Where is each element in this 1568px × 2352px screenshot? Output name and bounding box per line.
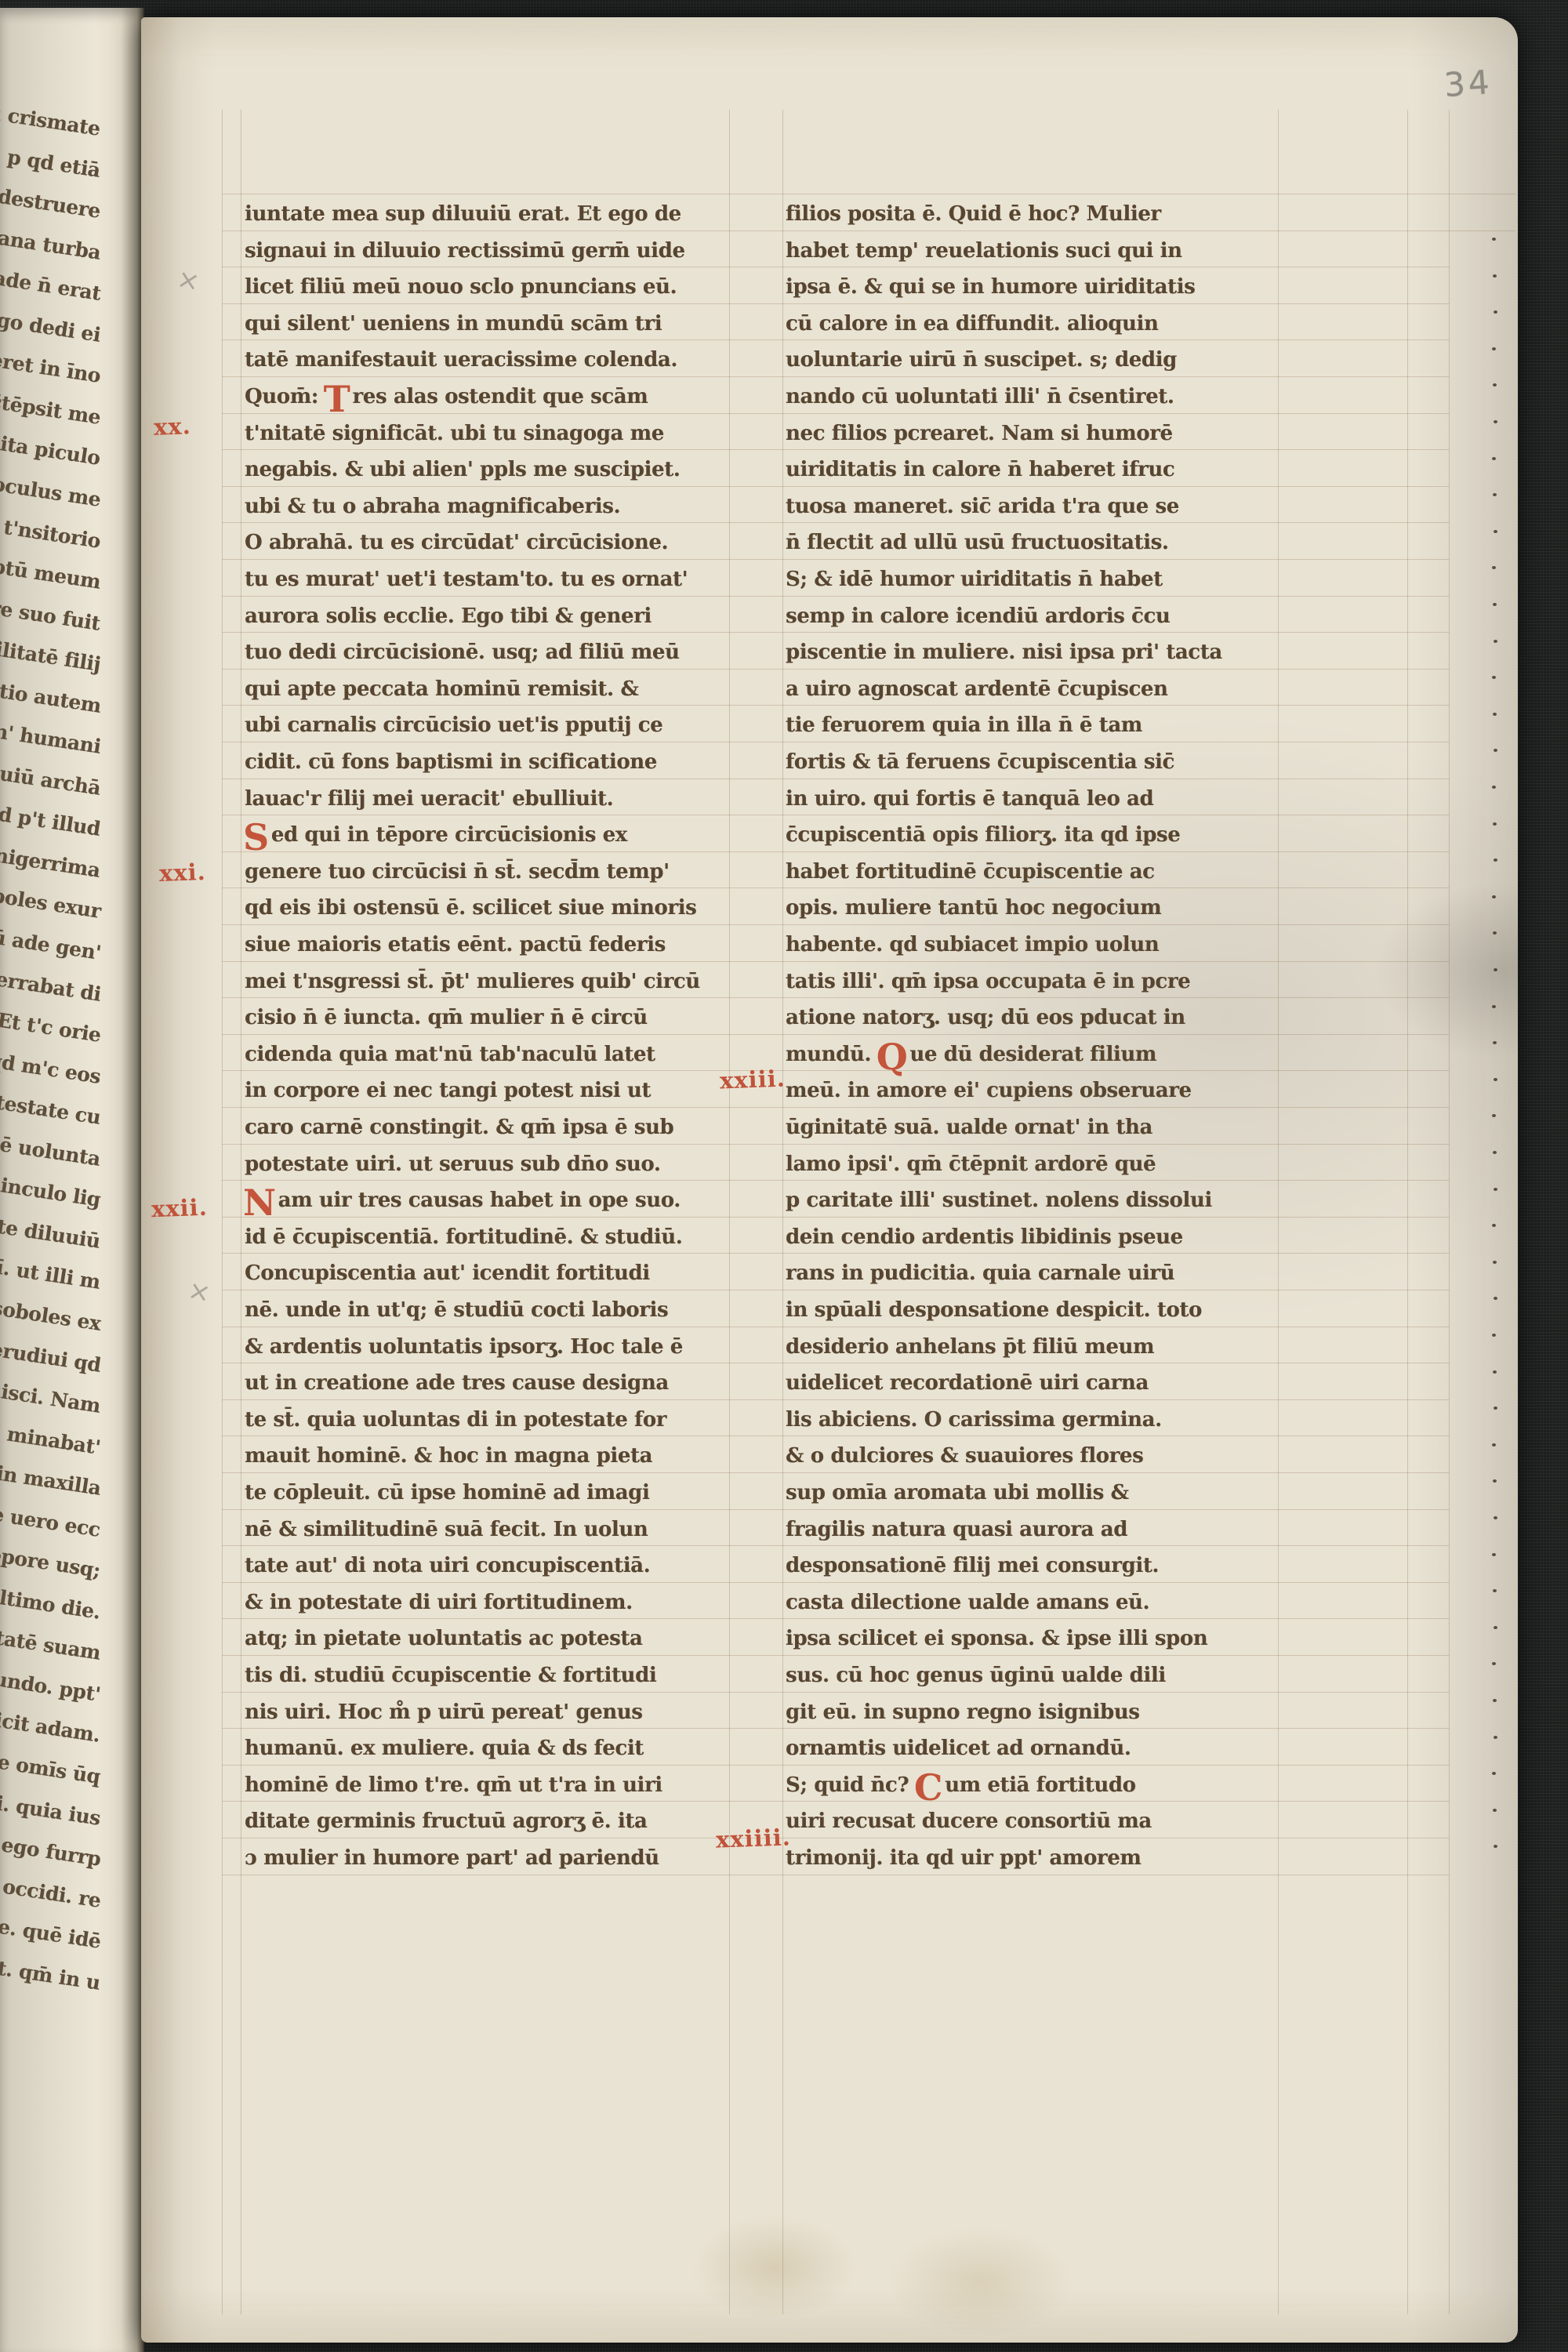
facing-page-text-fragment: up diluuiū archā bbox=[0, 751, 102, 800]
text-line: a uiro agnoscat ardentē c̄cupiscen bbox=[786, 671, 1168, 708]
ruled-line bbox=[222, 194, 1515, 194]
chapter-numeral: xxii. bbox=[151, 1194, 208, 1222]
text-line: tu es murat' uet'i testam'to. tu es orna… bbox=[245, 561, 688, 598]
text-line: mauit hominē. & hoc in magna pieta bbox=[245, 1438, 652, 1475]
text-line: habente. qd subiacet impio uolun bbox=[786, 927, 1159, 964]
text-line: ornamtis uidelicet ad ornandū. bbox=[786, 1730, 1131, 1767]
facing-page-text-fragment: io deuicit adam. bbox=[0, 1699, 102, 1747]
text-line: sup omīa aromata ubi mollis & bbox=[786, 1475, 1129, 1512]
text-line: caro carnē constingit. & qm̄ ipsa ē sub bbox=[245, 1109, 673, 1146]
facing-page-text-fragment: ne uideret in īno bbox=[0, 339, 102, 387]
facing-page-text-fragment: n̄ t'c a uinculo lig bbox=[0, 1161, 102, 1211]
facing-page-text-fragment: lū. ita qd m'c eos bbox=[0, 1038, 102, 1087]
pricking-hole bbox=[1494, 1078, 1497, 1081]
text-line: in corpore ei nec tangi potest nisi ut bbox=[245, 1073, 651, 1109]
ruled-line-vertical bbox=[729, 110, 730, 2314]
facing-page-text-fragment: s in ultimo die. bbox=[0, 1577, 102, 1624]
text-line: tuosa maneret. sic̄ arida t'ra que se bbox=[786, 488, 1179, 525]
text-line: cidenda quia mat'nū tab'naculū latet bbox=[245, 1036, 655, 1073]
pricking-hole bbox=[1493, 713, 1497, 716]
pricking-hole bbox=[1494, 1188, 1497, 1191]
text-line: piscentie in muliere. nisi ipsa pri' tac… bbox=[786, 634, 1222, 671]
pricking-hole bbox=[1493, 274, 1497, 278]
rubricated-initial: C bbox=[914, 1767, 942, 1804]
pricking-hole bbox=[1494, 640, 1497, 643]
text-line: & ardentis uoluntatis ipsorʒ. Hoc tale ē bbox=[245, 1329, 683, 1366]
text-line: fragilis natura quasi aurora ad bbox=[786, 1512, 1127, 1548]
text-line: nec filios pcrearet. Nam si humorē bbox=[786, 416, 1173, 452]
text-line: S; & idē humor uiriditatis n̄ habet bbox=[786, 561, 1163, 598]
text-line: S; quid n̄c? Cum etiā fortitudo bbox=[786, 1767, 1136, 1804]
facing-page-text-fragment: ū potestatē suam bbox=[0, 1615, 102, 1664]
text-line: tis di. studiū c̄cupiscentie & fortitudi bbox=[245, 1657, 656, 1694]
pricking-hole bbox=[1492, 1334, 1496, 1337]
text-line: signaui in diluuio rectissimū germ̄ uide bbox=[245, 233, 685, 270]
ruled-line-vertical bbox=[782, 110, 783, 2314]
text-line: qui apte peccata hominū remisit. & bbox=[245, 671, 638, 708]
text-line: tatē manifestauit ueracissime colenda. bbox=[245, 342, 677, 379]
text-line: ubi carnalis circūcisio uet'is pputij ce bbox=[245, 707, 662, 744]
text-line: mundū. Que dū desiderat filium bbox=[786, 1036, 1156, 1073]
text-line: te cōpleuit. cū ipse hominē ad imagi bbox=[245, 1475, 649, 1512]
text-line: hominē de limo t're. qm̄ ut t'ra in uiri bbox=[245, 1767, 662, 1804]
pricking-hole bbox=[1493, 1370, 1497, 1374]
text-line: nē. unde in ut'q; ē studiū cocti laboris bbox=[245, 1292, 668, 1329]
text-line: dein cendio ardentis libidinis pseue bbox=[786, 1219, 1183, 1256]
ruled-line-vertical bbox=[241, 110, 241, 2314]
text-line: mei t'nsgressi st̄. p̄t' mulieres quib' … bbox=[245, 964, 700, 1000]
text-line: ut in creatione ade tres cause designa bbox=[245, 1365, 669, 1402]
text-line: fortis & tā feruens c̄cupiscentia sic̄ bbox=[786, 744, 1174, 781]
facing-page-text-fragment: imo tēpore usq; bbox=[0, 1535, 102, 1582]
rubricated-initial: S bbox=[243, 817, 269, 854]
text-line: uoluntarie uirū n̄ suscipet. s; dedig bbox=[786, 342, 1177, 379]
text-line: aurora solis ecclie. Ego tibi & generi bbox=[245, 598, 652, 635]
text-line: habet temp' reuelationis suci qui in bbox=[786, 233, 1182, 270]
text-line: Quom̄: Tres alas ostendit que scām bbox=[245, 379, 648, 416]
text-line: lis abiciens. O carissima germina. bbox=[786, 1402, 1162, 1439]
facing-page-text-fragment: n̄ potuit. qm̄ in u bbox=[0, 1945, 102, 1994]
text-line: atione natorʒ. usq; dū eos pducat in bbox=[786, 1000, 1185, 1036]
facing-page-text-fragment: ut omnē uolunta bbox=[0, 1121, 102, 1170]
text-line: O abrahā. tu es circūdat' circūcisione. bbox=[245, 524, 668, 561]
ruled-line-vertical bbox=[222, 110, 223, 2314]
text-line: casta dilectione ualde amans eū. bbox=[786, 1584, 1149, 1621]
text-line: opis. muliere tantū hoc negocium bbox=[786, 890, 1161, 927]
text-line: uidelicet recordationē uiri carna bbox=[786, 1365, 1149, 1402]
text-line: ūginitatē suā. ualde ornat' in tha bbox=[786, 1109, 1152, 1146]
facing-page-text-fragment: ino in nigerrima bbox=[0, 833, 102, 882]
text-line: t'nitatē significāt. ubi tu sinagoga me bbox=[245, 416, 664, 452]
text-line: cidit. cū fons baptismi in scificatione bbox=[245, 744, 657, 781]
pricking-hole bbox=[1494, 1736, 1497, 1739]
facing-page-text-fragment: s ē ds. Et t'c orie bbox=[0, 998, 102, 1047]
facing-page-text-fragment: uta potestate cu bbox=[0, 1081, 102, 1129]
text-line: sus. cū hoc genus ūginū ualde dili bbox=[786, 1657, 1166, 1694]
facing-page-text-fragment: Admonitio autem bbox=[0, 666, 103, 721]
pricking-hole bbox=[1493, 1261, 1497, 1264]
pricking-hole bbox=[1494, 968, 1497, 971]
facing-page-text-fragment: catores occidi. re bbox=[0, 1862, 102, 1911]
text-line: tie feruorem quia in illa n̄ ē tam bbox=[786, 707, 1142, 744]
pricking-hole bbox=[1493, 822, 1497, 826]
text-line: cisio n̄ ē iuncta. qm̄ mulier n̄ ē circū bbox=[245, 1000, 648, 1036]
text-line: in uiro. qui fortis ē tanquā leo ad bbox=[786, 781, 1153, 818]
pricking-hole bbox=[1492, 1005, 1496, 1008]
text-line: nis uiri. Hoc m̊ p uirū pereat' genus bbox=[245, 1694, 643, 1731]
facing-page-text-fragment: ū uidet. p qd etiā bbox=[0, 132, 102, 181]
text-line: n̄ flectit ad ullū usū fructuositatis. bbox=[786, 524, 1169, 561]
rubricated-initial: N bbox=[243, 1182, 276, 1219]
text-line: nando cū uoluntati illi' n̄ c̄sentiret. bbox=[786, 379, 1174, 416]
pricking-hole bbox=[1492, 1443, 1496, 1446]
pricking-hole bbox=[1493, 1809, 1497, 1812]
text-line: qui silent' ueniens in mundū scām tri bbox=[245, 306, 662, 343]
text-line: semp in calore icendiū ardoris c̄cu bbox=[786, 598, 1170, 635]
text-line: habet fortitudinē c̄cupiscentie ac bbox=[786, 854, 1155, 891]
pricking-hole bbox=[1493, 1151, 1497, 1154]
facing-page-text-fragment: qd nobilitatē filij bbox=[0, 626, 102, 676]
facing-page-text-fragment: ds sū. errabat di bbox=[0, 957, 102, 1006]
facing-page-text-fragment: neo noe. quē idē bbox=[0, 1904, 102, 1953]
text-line: ipsa ē. & qui se in humore uiriditatis bbox=[786, 269, 1195, 306]
text-line: Sed qui in tēpore circūcisionis ex bbox=[245, 817, 627, 854]
text-line: lamo ipsi'. qm̄ c̄tēpnit ardorē quē bbox=[786, 1146, 1156, 1183]
ruled-line-vertical bbox=[1449, 110, 1450, 2314]
text-line: uiri recusat ducere consortiū ma bbox=[786, 1803, 1152, 1840]
text-line: p caritate illi' sustinet. nolens dissol… bbox=[786, 1182, 1212, 1219]
text-line: uiriditatis in calore n̄ haberet ifruc bbox=[786, 452, 1174, 488]
facing-page-text-fragment: mū illi minabat' bbox=[0, 1411, 102, 1459]
chapter-numeral: xxiiii. bbox=[715, 1824, 791, 1853]
text-line: c̄cupiscentiā opis filiorʒ. ita qd ipse bbox=[786, 817, 1180, 854]
text-line: filios posita ē. Quid ē hoc? Mulier bbox=[786, 196, 1161, 233]
text-line: & o dulciores & suauiores flores bbox=[786, 1438, 1143, 1475]
facing-page-text-fragment: qd ei ante diluuiū bbox=[0, 1202, 102, 1252]
facing-page-text-fragment: cadauere omīs ūq bbox=[0, 1737, 102, 1788]
facing-page-text-fragment: qui eū cū crismate bbox=[0, 89, 102, 140]
pricking-hole bbox=[1492, 786, 1496, 789]
text-line: desiderio anhelans p̄t filiū meum bbox=[786, 1329, 1154, 1366]
ruled-line-vertical bbox=[1278, 110, 1279, 2314]
text-line: humanū. ex muliere. quia & ds fecit bbox=[245, 1730, 644, 1767]
text-line: ɔ mulier in humore part' ad pariendū bbox=[245, 1840, 659, 1877]
pricking-hole bbox=[1494, 420, 1497, 423]
text-line: nē & similitudinē suā fecit. In uolun bbox=[245, 1512, 648, 1548]
pricking-hole bbox=[1493, 1699, 1497, 1702]
text-line: te st̄. quia uoluntas di in potestate fo… bbox=[245, 1402, 666, 1439]
text-line: ipsa scilicet ei sponsa. & ipse illi spo… bbox=[786, 1621, 1207, 1657]
facing-page-text-fragment: te in mundo. ppt' bbox=[0, 1656, 102, 1705]
facing-page-text-fragment: puidi qd p't illud bbox=[0, 792, 102, 840]
text-line: desponsationē filij mei consurgit. bbox=[786, 1548, 1159, 1584]
text-line: negabis. & ubi alien' ppls me suscipiet. bbox=[245, 452, 680, 488]
text-line: licet filiū meū nouo sclo pnuncians eū. bbox=[245, 269, 677, 306]
facing-page-text-fragment: o noua soboles ex bbox=[0, 1285, 102, 1335]
text-line: cū calore in ea diffundit. alioquin bbox=[786, 306, 1158, 343]
facing-page-edge: qui eū cū crismateū uidet. p qd etiāat q… bbox=[0, 8, 144, 2352]
rubricated-initial: Q bbox=[877, 1036, 908, 1073]
pricking-hole bbox=[1494, 1626, 1497, 1629]
text-line: iuntate mea sup diluuiū erat. Et ego de bbox=[245, 196, 681, 233]
facing-page-text-fragment: talit' erudiui qd bbox=[0, 1329, 102, 1376]
pricking-hole bbox=[1492, 347, 1496, 350]
text-line: qd eis ibi ostensū ē. scilicet siue mino… bbox=[245, 890, 696, 927]
pricking-hole bbox=[1494, 1516, 1497, 1519]
text-line: rans in pudicitia. quia carnale uirū bbox=[786, 1255, 1174, 1292]
facing-page-text-fragment: ī humana turba bbox=[0, 217, 102, 264]
pricking-hole bbox=[1492, 457, 1496, 460]
text-line: tatis illi'. qm̄ ipsa occupata ē in pcre bbox=[786, 964, 1190, 1000]
rubricated-initial: T bbox=[324, 379, 350, 416]
pricking-hole bbox=[1492, 238, 1496, 241]
text-line: meū. in amore ei' cupiens obseruare bbox=[786, 1073, 1192, 1109]
text-line: lauac'r filij mei ueracit' ebulliuit. bbox=[245, 781, 613, 818]
text-line: tate aut' di nota uiri concupiscentiā. bbox=[245, 1548, 650, 1584]
text-line: git eū. in supno regno isignibus bbox=[786, 1694, 1140, 1731]
text-line: tuo dedi circūcisionē. usq; ad filiū meū bbox=[245, 634, 680, 671]
chapter-numeral: xx. bbox=[153, 412, 191, 441]
chapter-numeral: xxiii. bbox=[719, 1065, 786, 1094]
text-line: siue maioris etatis eēnt. pactū federis bbox=[245, 927, 666, 964]
facing-page-text-fragment: t'nsitū ade gen' bbox=[0, 917, 102, 964]
ruled-line-vertical bbox=[1407, 110, 1408, 2314]
text-line: ditate germinis fructuū agrorʒ ē. ita bbox=[245, 1803, 647, 1840]
facing-page-text-fragment: se aut' c̄tēpsit me bbox=[0, 379, 102, 429]
text-line: potestate uiri. ut seruus sub dn̄o suo. bbox=[245, 1146, 661, 1183]
folio-number: 34 bbox=[1443, 63, 1494, 104]
text-line: & in potestate di uiri fortitudinem. bbox=[245, 1584, 633, 1621]
text-line: Nam uir tres causas habet in ope suo. bbox=[245, 1182, 681, 1219]
chapter-numeral: xxi. bbox=[158, 858, 206, 887]
pricking-hole bbox=[1492, 895, 1496, 898]
text-line: id ē c̄cupiscentiā. fortitudinē. & studi… bbox=[245, 1219, 682, 1256]
pricking-hole bbox=[1493, 603, 1497, 606]
text-line: Concupiscentia aut' icendit fortitudi bbox=[245, 1255, 650, 1292]
photograph-of-manuscript: { "page": { "folio_number": "34" }, "man… bbox=[0, 0, 1568, 2352]
text-line: in spūali desponsatione despicit. toto bbox=[786, 1292, 1202, 1329]
text-line: genere tuo circūcisi n̄ st̄. secd̄m temp… bbox=[245, 854, 670, 891]
pricking-hole bbox=[1494, 530, 1497, 533]
text-line: atq; in pietate uoluntatis ac potesta bbox=[245, 1621, 642, 1657]
text-line: ubi & tu o abraha magnificaberis. bbox=[245, 488, 620, 525]
pricking-hole bbox=[1492, 1553, 1496, 1556]
facing-page-text-fragment: Sed ade n̄ erat bbox=[0, 259, 103, 309]
text-line: trimonij. ita qd uir ppt' amorem bbox=[786, 1840, 1142, 1877]
